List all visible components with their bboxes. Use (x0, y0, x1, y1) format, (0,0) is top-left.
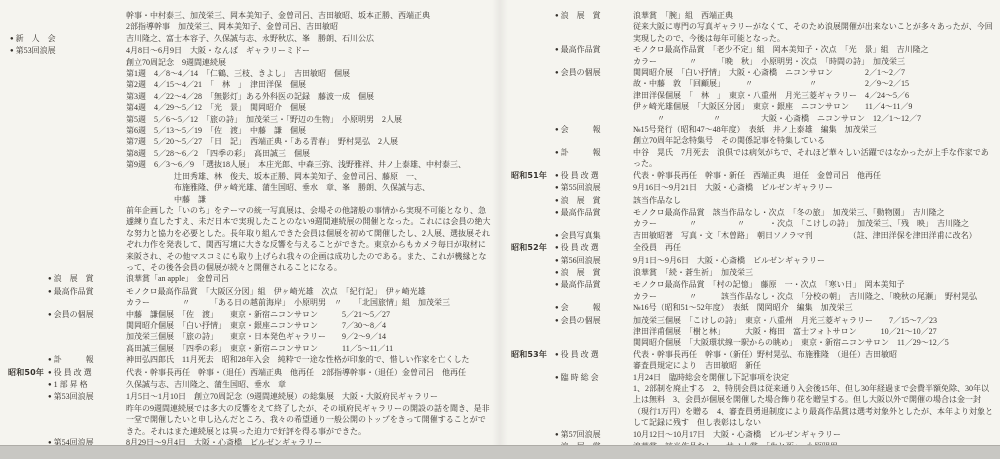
entry-line: 中谷 晃氏 7月死去 浪倶では病気がちで、それほど華々しい活躍ではなかったが上手… (633, 147, 996, 170)
entry-line: 〃 〃 大阪・心斎橋 ニコンサロン 12／1～12／7 (633, 113, 996, 124)
entry-label-text: 臨 時 総 会 (561, 373, 599, 382)
entry-line: 1月5日～1月10日 創立70周記念（9週間連続展）の総集展 大阪・大阪府民ギャ… (126, 391, 493, 402)
entry-content: モノクロ最高作品賞 該当作品なし・次点 「冬の旅」 加茂栄三、「動物園」 吉川隆… (633, 207, 996, 230)
entry-line: 代表・幹事長再任 幹事・（退任）西端正典 他再任 2部指導幹事・（退任）金曽司呂… (126, 367, 493, 378)
entry-line: 第4週 4／29～5／12 「光 景」 関岡昭介 個展 (126, 102, 493, 113)
entry-label-text: 浪 展 賞 (561, 268, 601, 277)
entry-content: 神田弘四郎氏 11月死去 昭和28年入会 純粋で一途な性格が印象的で、惜しい作家… (126, 354, 493, 365)
entry-label-text: 浪 展 賞 (561, 442, 601, 445)
entry-line: 昨年の9週間連続展では多大の反響をえて終了したが、その頃府民ギャラリーの開設の話… (126, 403, 493, 437)
entry-label: ●新 人 会 (10, 33, 126, 45)
bullet-icon: ● (48, 357, 52, 363)
entry-content: 久保誠与志、吉川隆之、蒲生国昭、垂水 章 (126, 379, 493, 390)
entry-label-text: 最高作品賞 (561, 208, 601, 217)
entry-line: カラー 〃 〃 ・次点 「こけしの詩」 加茂栄三、「残 映」 吉川隆之 (633, 218, 996, 229)
entry-content: 吉川隆之、富士本容子、久保誠与志、永野秋広、峯 勝朗、石川公広 (126, 33, 493, 44)
timeline-entry: ●会員の個展加茂栄三個展 「こけしの詩」 東京・八重州 月光三菱ギャラリー 7／… (511, 315, 996, 349)
timeline-entry: 幹事・中村泰三、加茂栄三、岡本美知子、金曽司呂、吉田敏昭、坂本正勝、西端正典2部… (8, 10, 493, 33)
bullet-icon: ● (555, 198, 559, 204)
bullet-icon: ● (555, 444, 559, 445)
timeline-entry: ●第55回浪展9月16日～9月21日 大阪・心斎橋 ビルゼンギャラリー (511, 182, 996, 194)
entry-label-text: 最高作品賞 (561, 280, 601, 289)
entry-label: ●会員の個展 (48, 309, 126, 321)
entry-line: モノクロ最高作品賞 「大阪区分図」組 伊ヶ崎光雄 次点 「紀行記」 伊ヶ崎光雄 (126, 286, 493, 297)
entry-label-text: 最高作品賞 (54, 287, 94, 296)
entry-line: 第6週 5／13～5／19 「佐 渡」 中藤 謙 個展 (126, 125, 493, 136)
bullet-icon: ● (555, 318, 559, 324)
entry-line: 加茂栄三個展 「こけしの詩」 東京・八重州 月光三菱ギャラリー 7／15～7／2… (633, 315, 996, 326)
entry-content: 浪華賞 該当作品なし ●井ノ上賞 「生と死」 小原明男 (633, 441, 996, 445)
timeline-entry: ●第54回浪展8月29日～9月4日 大阪・心斎橋 ビルゼンギャラリー (8, 437, 493, 445)
bullet-icon: ● (48, 289, 52, 295)
year-label: 昭和51年 (511, 170, 555, 181)
timeline-entry: 昭和52年●役 員 改 選全役員 再任 (511, 242, 996, 254)
entry-label: ●浪 展 賞 (555, 10, 633, 22)
entry-line: 浪華賞 「腕」組 西端正典 (633, 10, 996, 21)
entry-line: 津田洋甫個展 「樹と林」 大阪・梅田 富士フォトサロン 10／21～10／27 (633, 326, 996, 337)
entry-label-text: 第53回浪展 (16, 46, 56, 55)
entry-label-text: 役 員 改 選 (54, 368, 92, 377)
bullet-icon: ● (48, 440, 52, 445)
bullet-icon: ● (555, 210, 559, 216)
timeline-entry: ●新 人 会吉川隆之、富士本容子、久保誠与志、永野秋広、峯 勝朗、石川公広 (8, 33, 493, 45)
entry-label: ●役 員 改 選 (555, 349, 633, 361)
entry-label: ●役 員 改 選 (555, 242, 633, 254)
timeline-entry: ●最高作品賞モノクロ最高作品賞 「大阪区分図」組 伊ヶ崎光雄 次点 「紀行記」 … (8, 286, 493, 309)
entry-label: ●浪 展 賞 (555, 195, 633, 207)
entry-line: 関岡昭介個展 「大阪環状線一駅からの眺め」 東京・新宿ニコンサロン 11／29～… (633, 337, 996, 348)
entry-content: 1月24日 臨時総会を開催し下記事項を決定1、2部制を廃止する 2、特別会員は従… (633, 372, 996, 429)
entry-line: モノクロ最高作品賞 「村の記憶」 藤原 一・次点 「寒い日」 岡本美知子 (633, 279, 996, 290)
entry-line: 故・中藤 敦 「回顧展」 〃 〃 2／9～2／15 (633, 78, 996, 89)
entry-content: 浪華賞 「続・蒼生祈」 加茂栄三 (633, 267, 996, 278)
entry-line: 中藤 謙 (126, 194, 493, 205)
timeline-entry: ●最高作品賞モノクロ最高作品賞 「老少不定」組 岡本美知子・次点 「光 景」組 … (511, 44, 996, 67)
entry-label-text: 第55回浪展 (561, 183, 601, 192)
entry-content: 浪華賞「an apple」 金曽司呂 (126, 273, 493, 284)
entry-label: ●最高作品賞 (48, 286, 126, 298)
entry-content: №15号発行（昭和47～48年度） 表紙 井ノ上泰雄 編集 加茂栄三創立70周年… (633, 124, 996, 147)
bullet-icon: ● (555, 258, 559, 264)
entry-label-text: 浪 展 賞 (54, 274, 94, 283)
bullet-icon: ● (555, 150, 559, 156)
bullet-icon: ● (555, 282, 559, 288)
entry-label: ●浪 展 賞 (48, 273, 126, 285)
entry-line: 津田洋保個展 「 林 」 東京・八重州 月光三菱ギャラリー 4／24～5／6 (633, 90, 996, 101)
entry-label-text: 会員の個展 (561, 316, 601, 325)
entry-line: 加茂栄三個展 「旅の詩」 東京・日本発色ギャラリー 9／2～9／14 (126, 331, 493, 342)
timeline-entry: 昭和53年●役 員 改 選代表・幹事長再任 幹事・（新任）野村晃弘、布施雅隆 （… (511, 349, 996, 372)
timeline-entry: ●会員の個展関岡昭介展 「白い抒情」 大阪・心斎橋 ニコンサロン 2／1～2／7… (511, 67, 996, 124)
entry-line: カラー 〃 「晩 秋」 小原明男・次点 「時間の詩」 加茂栄三 (633, 56, 996, 67)
entry-content: モノクロ最高作品賞 「村の記憶」 藤原 一・次点 「寒い日」 岡本美知子カラー … (633, 279, 996, 302)
entry-line: 浪華賞「an apple」 金曽司呂 (126, 273, 493, 284)
entry-label: ●臨 時 総 会 (555, 372, 633, 384)
entry-line: 8月29日～9月4日 大阪・心斎橋 ビルゼンギャラリー (126, 437, 493, 445)
entry-content: 4月8日～6月9日 大阪・なんば ギャラリーミドー創立70周記念 9週間連続展第… (126, 45, 493, 273)
timeline-entry: ●浪 展 賞該当作品なし (511, 195, 996, 207)
entry-content: モノクロ最高作品賞 「老少不定」組 岡本美知子・次点 「光 景」組 吉川隆之カラ… (633, 44, 996, 67)
entry-label: ●会員写真集 (555, 230, 633, 242)
entry-content: 中谷 晃氏 7月死去 浪倶では病気がちで、それほど華々しい活躍ではなかったが上手… (633, 147, 996, 170)
entry-label: ●第54回浪展 (48, 437, 126, 445)
entry-label-text: 訃 報 (561, 148, 601, 157)
bullet-icon: ● (555, 270, 559, 276)
entry-line: 4月8日～6月9日 大阪・なんば ギャラリーミドー (126, 45, 493, 56)
entry-label-text: 会 報 (561, 303, 601, 312)
timeline-entry: ●臨 時 総 会1月24日 臨時総会を開催し下記事項を決定1、2部制を廃止する … (511, 372, 996, 429)
entry-content: 吉田敏昭著 写真・文「木曽路」 朝日ソノラマ刊 （註、津田洋保を津田洋甫に改名） (633, 230, 996, 241)
timeline-entry: ●浪 展 賞浪華賞 「腕」組 西端正典従来大阪に専門の写真ギャラリーがなくて、そ… (511, 10, 996, 44)
timeline-entry: ●浪 展 賞浪華賞 「続・蒼生祈」 加茂栄三 (511, 267, 996, 279)
bullet-icon: ● (48, 370, 52, 376)
entry-label: ●第57回浪展 (555, 429, 633, 441)
timeline-entry: ●第57回浪展10月12日～10月17日 大阪・心斎橋 ビルゼンギャラリー (511, 429, 996, 441)
entry-content: №16号（昭和51～52年度） 表紙 関岡昭介 編集 加茂栄三 (633, 302, 996, 313)
entry-label-text: 新 人 会 (16, 34, 56, 43)
entry-label-text: 役 員 改 選 (561, 350, 599, 359)
entry-content: 9月1日～9月6日 大阪・心斎橋 ビルゼンギャラリー (633, 255, 996, 266)
entry-line: 関岡昭介個展 「白い抒情」 東京・銀座ニコンサロン 7／30～8／4 (126, 320, 493, 331)
entry-line: 9月16日～9月21日 大阪・心斎橋 ビルゼンギャラリー (633, 182, 996, 193)
timeline-entry: ●訃 報神田弘四郎氏 11月死去 昭和28年入会 純粋で一途な性格が印象的で、惜… (8, 354, 493, 366)
entry-line: 神田弘四郎氏 11月死去 昭和28年入会 純粋で一途な性格が印象的で、惜しい作家… (126, 354, 493, 365)
entry-content: 9月16日～9月21日 大阪・心斎橋 ビルゼンギャラリー (633, 182, 996, 193)
entry-line: 10月12日～10月17日 大阪・心斎橋 ビルゼンギャラリー (633, 429, 996, 440)
bullet-icon: ● (555, 233, 559, 239)
timeline-entry: ●浪 展 賞浪華賞 該当作品なし ●井ノ上賞 「生と死」 小原明男 (511, 441, 996, 445)
timeline-entry: ●会員写真集吉田敏昭著 写真・文「木曽路」 朝日ソノラマ刊 （註、津田洋保を津田… (511, 230, 996, 242)
entry-label-text: 会員の個展 (561, 68, 601, 77)
entry-line: 布施雅隆、伊ヶ崎光雄、蒲生国昭、垂水 章、峯 勝朗、久保誠与志、 (126, 182, 493, 193)
timeline-entry: ●会員の個展中藤 謙個展 「佐 渡」 東京・新宿ニコンサロン 5／21～5／27… (8, 309, 493, 355)
entry-line: №15号発行（昭和47～48年度） 表紙 井ノ上泰雄 編集 加茂栄三 (633, 124, 996, 135)
entry-label-text: 第56回浪展 (561, 256, 601, 265)
timeline-entry: 昭和50年●役 員 改 選代表・幹事長再任 幹事・（退任）西端正典 他再任 2部… (8, 367, 493, 379)
entry-line: 久保誠与志、吉川隆之、蒲生国昭、垂水 章 (126, 379, 493, 390)
entry-line: №16号（昭和51～52年度） 表紙 関岡昭介 編集 加茂栄三 (633, 302, 996, 313)
page-right-entries: ●浪 展 賞浪華賞 「腕」組 西端正典従来大阪に専門の写真ギャラリーがなくて、そ… (511, 10, 996, 445)
entry-line: 第2週 4／15～4／21 「 林 」 津田洋保 個展 (126, 79, 493, 90)
bullet-icon: ● (555, 127, 559, 133)
entry-line: 辻田秀雄、林 俊夫、坂本正勝、岡本美知子、金曽司呂、藤原 一、 (126, 171, 493, 182)
timeline-entry: ●1 部 昇 格久保誠与志、吉川隆之、蒲生国昭、垂水 章 (8, 379, 493, 391)
bullet-icon: ● (555, 47, 559, 53)
entry-line: 審査員規定により 吉田敏昭 新任 (633, 360, 996, 371)
entry-line: 該当作品なし (633, 195, 996, 206)
entry-label: ●最高作品賞 (555, 44, 633, 56)
entry-line: 浪華賞 「続・蒼生祈」 加茂栄三 (633, 267, 996, 278)
entry-label: ●訃 報 (555, 147, 633, 159)
entry-line: カラー 〃 「ある日の越前海岸」 小原明男 〃 「北国旅情」組 加茂栄三 (126, 297, 493, 308)
entry-content: 該当作品なし (633, 195, 996, 206)
entry-line: 第7週 5／20～5／27 「日 記」 西端正典・「ある青春」 野村晃弘 2人展 (126, 136, 493, 147)
bullet-icon: ● (48, 394, 52, 400)
entry-label-text: 訃 報 (54, 355, 94, 364)
entry-line: 吉川隆之、富士本容子、久保誠与志、永野秋広、峯 勝朗、石川公広 (126, 33, 493, 44)
entry-label: ●第56回浪展 (555, 255, 633, 267)
entry-line: 代表・幹事長再任 幹事・新任 西端正典 退任 金曽司呂 他再任 (633, 170, 996, 181)
entry-line: 創立70周年記念特集号 その関係記事を特集している (633, 135, 996, 146)
bullet-icon: ● (555, 13, 559, 19)
entry-label: ●第53回浪展 (48, 391, 126, 403)
page-left-entries: 幹事・中村泰三、加茂栄三、岡本美知子、金曽司呂、吉田敏昭、坂本正勝、西端正典2部… (8, 10, 493, 445)
entry-content: 関岡昭介展 「白い抒情」 大阪・心斎橋 ニコンサロン 2／1～2／7故・中藤 敦… (633, 67, 996, 124)
entry-label: ●最高作品賞 (555, 279, 633, 291)
entry-line: 第5週 5／6～5／12 「旅の詩」 加茂栄三・「野辺の生物」 小原明男 2人展 (126, 114, 493, 125)
entry-line: 第1週 4／8～4／14 「仁鶴、三枝、きよし」 吉田敏昭 個展 (126, 68, 493, 79)
entry-label: ●訃 報 (48, 354, 126, 366)
entry-label: ●1 部 昇 格 (48, 379, 126, 391)
bullet-icon: ● (555, 173, 559, 179)
entry-label: ●浪 展 賞 (555, 267, 633, 279)
entry-line: 伊ヶ崎光雄個展 「大阪区分図」 東京・銀座 ニコンサロン 11／4～11／9 (633, 101, 996, 112)
timeline-entry: ●最高作品賞モノクロ最高作品賞 「村の記憶」 藤原 一・次点 「寒い日」 岡本美… (511, 279, 996, 302)
entry-label-text: 最高作品賞 (561, 45, 601, 54)
entry-label: ●最高作品賞 (555, 207, 633, 219)
bullet-icon: ● (48, 312, 52, 318)
entry-label: ●浪 展 賞 (555, 441, 633, 445)
entry-line: 吉田敏昭著 写真・文「木曽路」 朝日ソノラマ刊 （註、津田洋保を津田洋甫に改名） (633, 230, 996, 241)
entry-content: 中藤 謙個展 「佐 渡」 東京・新宿ニコンサロン 5／21～5／27関岡昭介個展… (126, 309, 493, 355)
entry-label-text: 浪 展 賞 (561, 196, 601, 205)
bullet-icon: ● (555, 305, 559, 311)
entry-label-text: 浪 展 賞 (561, 11, 601, 20)
timeline-entry: ●第56回浪展9月1日～9月6日 大阪・心斎橋 ビルゼンギャラリー (511, 255, 996, 267)
entry-content: 1月5日～1月10日 創立70周記念（9週間連続展）の総集展 大阪・大阪府民ギャ… (126, 391, 493, 437)
entry-label-text: 第53回浪展 (54, 392, 94, 401)
entry-line: カラー 〃 該当作品なし・次点 「分校の朝」 吉川隆之、「晩秋の尾瀬」 野村晃弘 (633, 291, 996, 302)
entry-line: 第3週 4／22～4／28 「無影灯」ある外科医の記録 藤波一成 個展 (126, 91, 493, 102)
entry-content: 代表・幹事長再任 幹事・（退任）西端正典 他再任 2部指導幹事・（退任）金曽司呂… (126, 367, 493, 378)
entry-line: 第9週 6／3～6／9 「選抜18人展」 本庄光郎、中森三弥、浅野雅祥、井ノ上泰… (126, 159, 493, 170)
bullet-icon: ● (10, 48, 14, 54)
bullet-icon: ● (555, 352, 559, 358)
entry-line: 1、2部制を廃止する 2、特別会員は従来通り入会後15年、但し30年経過まで会費… (633, 383, 996, 429)
entry-label: ●会 報 (555, 124, 633, 136)
bullet-icon: ● (48, 382, 52, 388)
entry-line: 関岡昭介展 「白い抒情」 大阪・心斎橋 ニコンサロン 2／1～2／7 (633, 67, 996, 78)
entry-label-text: 会 報 (561, 125, 601, 134)
entry-label: ●役 員 改 選 (555, 170, 633, 182)
entry-line: 2部指導幹事 加茂栄三、岡本美知子、金曽司呂、吉田敏昭 (126, 21, 493, 32)
entry-line: 中藤 謙個展 「佐 渡」 東京・新宿ニコンサロン 5／21～5／27 (126, 309, 493, 320)
entry-content: 8月29日～9月4日 大阪・心斎橋 ビルゼンギャラリー (126, 437, 493, 445)
entry-line: モノクロ最高作品賞 「老少不定」組 岡本美知子・次点 「光 景」組 吉川隆之 (633, 44, 996, 55)
timeline-entry: ●浪 展 賞浪華賞「an apple」 金曽司呂 (8, 273, 493, 285)
year-label: 昭和53年 (511, 349, 555, 360)
entry-label-text: 役 員 改 選 (561, 243, 599, 252)
entry-content: 浪華賞 「腕」組 西端正典従来大阪に専門の写真ギャラリーがなくて、そのため浪展開… (633, 10, 996, 44)
entry-line: 創立70周記念 9週間連続展 (126, 57, 493, 68)
entry-label: ●第53回浪展 (10, 45, 126, 57)
entry-label: ●会 報 (555, 302, 633, 314)
entry-content: モノクロ最高作品賞 「大阪区分図」組 伊ヶ崎光雄 次点 「紀行記」 伊ヶ崎光雄カ… (126, 286, 493, 309)
entry-line: 1月24日 臨時総会を開催し下記事項を決定 (633, 372, 996, 383)
entry-line: 代表・幹事長再任 幹事・（新任）野村晃弘、布施雅隆 （退任）吉田敏昭 (633, 349, 996, 360)
entry-line: 浪華賞 該当作品なし ●井ノ上賞 「生と死」 小原明男 (633, 441, 996, 445)
page-left: 幹事・中村泰三、加茂栄三、岡本美知子、金曽司呂、吉田敏昭、坂本正勝、西端正典2部… (0, 10, 497, 445)
bullet-icon: ● (10, 36, 14, 42)
entry-line: 9月1日～9月6日 大阪・心斎橋 ビルゼンギャラリー (633, 255, 996, 266)
entry-line: 第8週 5／28～6／2 「四季の彩」 高田誠三 個展 (126, 148, 493, 159)
entry-line: 従来大阪に専門の写真ギャラリーがなくて、そのため浪展開催が出来ないことが多々あっ… (633, 21, 996, 44)
entry-label-text: 第57回浪展 (561, 430, 601, 439)
year-label: 昭和52年 (511, 242, 555, 253)
timeline-entry: ●会 報№15号発行（昭和47～48年度） 表紙 井ノ上泰雄 編集 加茂栄三創立… (511, 124, 996, 147)
entry-label: ●会員の個展 (555, 67, 633, 79)
entry-content: 代表・幹事長再任 幹事・（新任）野村晃弘、布施雅隆 （退任）吉田敏昭審査員規定に… (633, 349, 996, 372)
entry-label-text: 1 部 昇 格 (54, 380, 88, 389)
page-right: ●浪 展 賞浪華賞 「腕」組 西端正典従来大阪に専門の写真ギャラリーがなくて、そ… (497, 10, 1000, 445)
entry-line: 前年企画した「いのち」をテーマの統一写真展は、会場その他諸般の事情から実現不可能… (126, 205, 493, 273)
year-label: 昭和50年 (8, 367, 48, 378)
bullet-icon: ● (555, 432, 559, 438)
entry-line: 高田誠三個展 「四季の彩」 東京・新宿ニコンサロン 11／5～11／11 (126, 343, 493, 354)
entry-content: 加茂栄三個展 「こけしの詩」 東京・八重州 月光三菱ギャラリー 7／15～7／2… (633, 315, 996, 349)
entry-line: 全役員 再任 (633, 242, 996, 253)
timeline-entry: ●会 報№16号（昭和51～52年度） 表紙 関岡昭介 編集 加茂栄三 (511, 302, 996, 314)
entry-label: ●第55回浪展 (555, 182, 633, 194)
timeline-entry: 昭和51年●役 員 改 選代表・幹事長再任 幹事・新任 西端正典 退任 金曽司呂… (511, 170, 996, 182)
entry-label: ●役 員 改 選 (48, 367, 126, 379)
timeline-entry: ●第53回浪展1月5日～1月10日 創立70周記念（9週間連続展）の総集展 大阪… (8, 391, 493, 437)
entry-label-text: 会員の個展 (54, 310, 94, 319)
book-spread: 幹事・中村泰三、加茂栄三、岡本美知子、金曽司呂、吉田敏昭、坂本正勝、西端正典2部… (0, 0, 1000, 446)
entry-label-text: 第54回浪展 (54, 438, 94, 445)
timeline-entry: ●第53回浪展4月8日～6月9日 大阪・なんば ギャラリーミドー創立70周記念 … (8, 45, 493, 273)
entry-content: 代表・幹事長再任 幹事・新任 西端正典 退任 金曽司呂 他再任 (633, 170, 996, 181)
bullet-icon: ● (555, 375, 559, 381)
timeline-entry: ●最高作品賞モノクロ最高作品賞 該当作品なし・次点 「冬の旅」 加茂栄三、「動物… (511, 207, 996, 230)
bullet-icon: ● (48, 276, 52, 282)
entry-content: 全役員 再任 (633, 242, 996, 253)
entry-content: 幹事・中村泰三、加茂栄三、岡本美知子、金曽司呂、吉田敏昭、坂本正勝、西端正典2部… (126, 10, 493, 33)
entry-label-text: 会員写真集 (561, 231, 601, 240)
bullet-icon: ● (555, 245, 559, 251)
timeline-entry: ●訃 報中谷 晃氏 7月死去 浪倶では病気がちで、それほど華々しい活躍ではなかっ… (511, 147, 996, 170)
entry-label-text: 役 員 改 選 (561, 171, 599, 180)
entry-label: ●会員の個展 (555, 315, 633, 327)
entry-content: 10月12日～10月17日 大阪・心斎橋 ビルゼンギャラリー (633, 429, 996, 440)
entry-line: 幹事・中村泰三、加茂栄三、岡本美知子、金曽司呂、吉田敏昭、坂本正勝、西端正典 (126, 10, 493, 21)
bullet-icon: ● (555, 70, 559, 76)
bullet-icon: ● (555, 185, 559, 191)
entry-line: モノクロ最高作品賞 該当作品なし・次点 「冬の旅」 加茂栄三、「動物園」 吉川隆… (633, 207, 996, 218)
